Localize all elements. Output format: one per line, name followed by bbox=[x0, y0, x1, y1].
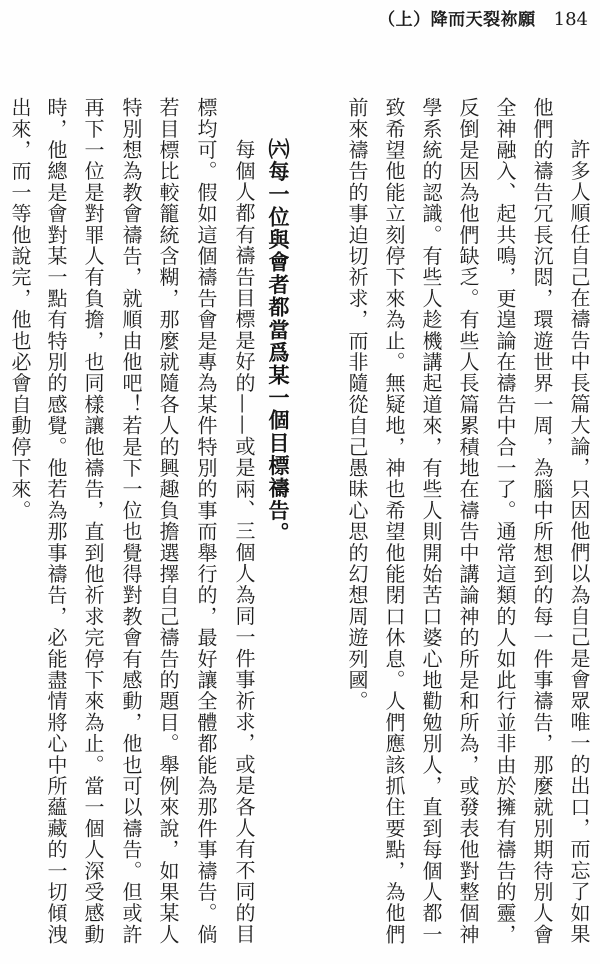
text-column: 學系統的認識。有些人趁機講起道來，有些人則開始苦口婆心地勸勉別人，直到每個人都一 bbox=[421, 97, 441, 945]
text-column: 再下一位是對罪人有負擔，也同樣讓他禱告，直到他祈求完停下來為止。當一個人深受感動 bbox=[83, 97, 103, 945]
running-title: （上）降而天裂祢願 bbox=[378, 5, 536, 30]
text-column: 標均可。假如這個禱告會是專為某件特別的事而舉行的，最好讓全體都能為那件事禱告。倘 bbox=[196, 97, 216, 945]
text-column: 致希望他能立刻停下來為止。無疑地，神也希望他能閉口休息。人們應該抓住要點，為他們 bbox=[384, 97, 404, 945]
text-column: 特別想為教會禱告，就順由他吧！若是下一位也覺得對教會有感動，他也可以禱告。但或許 bbox=[121, 97, 141, 945]
text-column: 他們的禱告冗長沉悶，環遊世界一周，為腦中所想到的每一件事禱告，那麼就別期待別人會 bbox=[532, 97, 552, 945]
text-column: 許多人順任自己在禱告中長篇大論，只因他們以為自己是會眾唯一的出口，而忘了如果 bbox=[569, 139, 589, 945]
text-column: 若目標比較籠統含糊，那麼就隨各人的興趣負擔選擇自己禱告的題目。舉例來說，如果某人 bbox=[158, 97, 178, 945]
text-column: 前來禱告的事迫切祈求，而非隨從自己愚昧心思的幻想周遊列國。 bbox=[347, 97, 367, 712]
running-header: （上）降而天裂祢願 184 bbox=[378, 5, 588, 30]
text-column: 時，他總是會對某一點有特別的感覺。他若為那事禱告，必能盡情將心中所蘊藏的一切傾洩 bbox=[46, 97, 66, 945]
page-number: 184 bbox=[554, 9, 588, 30]
text-column: 每個人都有禱告目標是好的——或是兩、三個人為同一件事祈求，或是各人有不同的目 bbox=[234, 139, 254, 945]
text-column: 全神融入、起共鳴，更遑論在禱告中合一了。通常這類的人如此行並非由於擁有禱告的靈， bbox=[495, 97, 515, 945]
section-heading: ㈥每一位與會者都當爲某一個目標禱告。 bbox=[267, 138, 288, 545]
text-column: 反倒是因為他們缺乏。有些人長篇累積地在禱告中講論神的所是和所為，或發表他對整個神 bbox=[458, 97, 478, 945]
text-column: 出來，而一等他說完，他也必會自動停下來。 bbox=[10, 97, 30, 521]
